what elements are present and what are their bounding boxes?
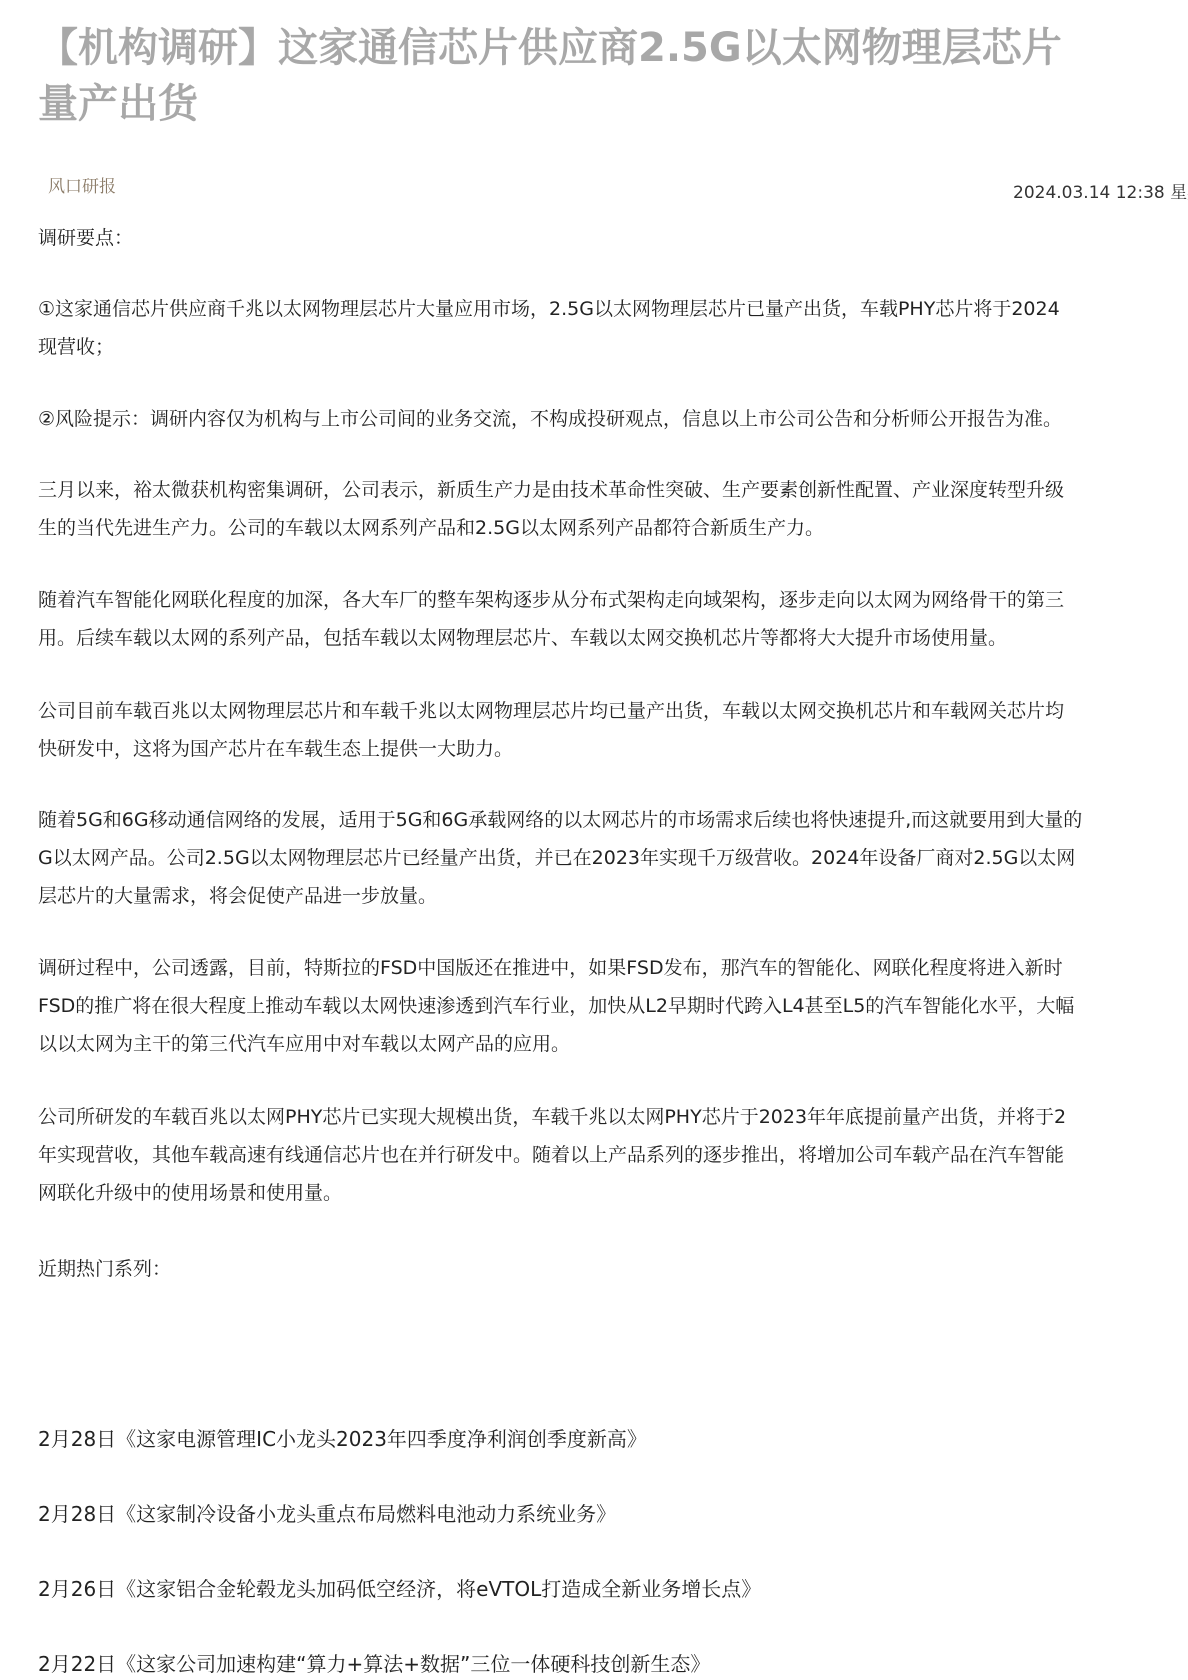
paragraph-line: 随着汽车智能化网联化程度的加深，各大车厂的整车架构逐步从分布式架构走向域架构，逐… bbox=[38, 581, 1064, 619]
paragraph-line: 三月以来，裕太微获机构密集调研，公司表示，新质生产力是由技术革命性突破、生产要素… bbox=[38, 471, 1064, 509]
paragraph-line: 年实现营收，其他车载高速有线通信芯片也在并行研发中。随着以上产品系列的逐步推出，… bbox=[38, 1136, 1066, 1174]
article-title: 【机构调研】这家通信芯片供应商2.5G以太网物理层芯片 量产出货 bbox=[38, 20, 1188, 132]
paragraph-line: 公司所研发的车载百兆以太网PHY芯片已实现大规模出货，车载千兆以太网PHY芯片于… bbox=[38, 1098, 1066, 1136]
publish-datetime: 2024.03.14 12:38 星期 bbox=[1013, 178, 1188, 203]
hot-series-heading: 近期热门系列： bbox=[38, 1250, 171, 1288]
hot-series-link[interactable]: 2月26日《这家铝合金轮毂龙头加码低空经济，将eVTOL打造成全新业务增长点》 bbox=[38, 1570, 761, 1608]
paragraph-line: 现营收； bbox=[38, 328, 1060, 366]
paragraph-line: FSD的推广将在很大程度上推动车载以太网快速渗透到汽车行业，加快从L2早期时代跨… bbox=[38, 987, 1074, 1025]
title-line: 【机构调研】这家通信芯片供应商2.5G以太网物理层芯片 bbox=[38, 20, 1188, 76]
paragraph-line: 生的当代先进生产力。公司的车载以太网系列产品和2.5G以太网系列产品都符合新质生… bbox=[38, 509, 1064, 547]
paragraph-line: 公司目前车载百兆以太网物理层芯片和车载千兆以太网物理层芯片均已量产出货，车载以太… bbox=[38, 692, 1064, 730]
hot-series-link[interactable]: 2月28日《这家制冷设备小龙头重点布局燃料电池动力系统业务》 bbox=[38, 1495, 616, 1533]
paragraph-body: 随着5G和6G移动通信网络的发展，适用于5G和6G承载网络的以太网芯片的市场需求… bbox=[38, 801, 1082, 915]
article-page: 【机构调研】这家通信芯片供应商2.5G以太网物理层芯片 量产出货 风口研报 20… bbox=[0, 0, 1188, 1680]
paragraph-key-points-heading: 调研要点： bbox=[38, 219, 133, 257]
paragraph-body: 随着汽车智能化网联化程度的加深，各大车厂的整车架构逐步从分布式架构走向域架构，逐… bbox=[38, 581, 1064, 657]
paragraph-point-1: ①这家通信芯片供应商千兆以太网物理层芯片大量应用市场，2.5G以太网物理层芯片已… bbox=[38, 290, 1060, 366]
paragraph-line: 调研过程中，公司透露，目前，特斯拉的FSD中国版还在推进中，如果FSD发布，那汽… bbox=[38, 949, 1074, 987]
paragraph-line: 调研要点： bbox=[38, 219, 133, 257]
hot-series-link[interactable]: 2月28日《这家电源管理IC小龙头2023年四季度净利润创季度新高》 bbox=[38, 1420, 647, 1458]
paragraph-line: 快研发中，这将为国产芯片在车载生态上提供一大助力。 bbox=[38, 730, 1064, 768]
paragraph-line: ②风险提示：调研内容仅为机构与上市公司间的业务交流，不构成投研观点，信息以上市公… bbox=[38, 400, 1062, 438]
paragraph-line: 层芯片的大量需求，将会促使产品进一步放量。 bbox=[38, 877, 1082, 915]
paragraph-body: 公司目前车载百兆以太网物理层芯片和车载千兆以太网物理层芯片均已量产出货，车载以太… bbox=[38, 692, 1064, 768]
paragraph-line: 用。后续车载以太网的系列产品，包括车载以太网物理层芯片、车载以太网交换机芯片等都… bbox=[38, 619, 1064, 657]
paragraph-body: 调研过程中，公司透露，目前，特斯拉的FSD中国版还在推进中，如果FSD发布，那汽… bbox=[38, 949, 1074, 1063]
source-link[interactable]: 风口研报 bbox=[48, 172, 116, 197]
paragraph-line: 近期热门系列： bbox=[38, 1250, 171, 1288]
paragraph-line: 随着5G和6G移动通信网络的发展，适用于5G和6G承载网络的以太网芯片的市场需求… bbox=[38, 801, 1082, 839]
paragraph-body: 公司所研发的车载百兆以太网PHY芯片已实现大规模出货，车载千兆以太网PHY芯片于… bbox=[38, 1098, 1066, 1212]
paragraph-line: 网联化升级中的使用场景和使用量。 bbox=[38, 1174, 1066, 1212]
paragraph-line: ①这家通信芯片供应商千兆以太网物理层芯片大量应用市场，2.5G以太网物理层芯片已… bbox=[38, 290, 1060, 328]
hot-series-link[interactable]: 2月22日《这家公司加速构建“算力+算法+数据”三位一体硬科技创新生态》 bbox=[38, 1645, 710, 1680]
paragraph-body: 三月以来，裕太微获机构密集调研，公司表示，新质生产力是由技术革命性突破、生产要素… bbox=[38, 471, 1064, 547]
paragraph-line: G以太网产品。公司2.5G以太网物理层芯片已经量产出货，并已在2023年实现千万… bbox=[38, 839, 1082, 877]
paragraph-risk-notice: ②风险提示：调研内容仅为机构与上市公司间的业务交流，不构成投研观点，信息以上市公… bbox=[38, 400, 1062, 438]
paragraph-line: 以以太网为主干的第三代汽车应用中对车载以太网产品的应用。 bbox=[38, 1025, 1074, 1063]
title-line: 量产出货 bbox=[38, 76, 1188, 132]
